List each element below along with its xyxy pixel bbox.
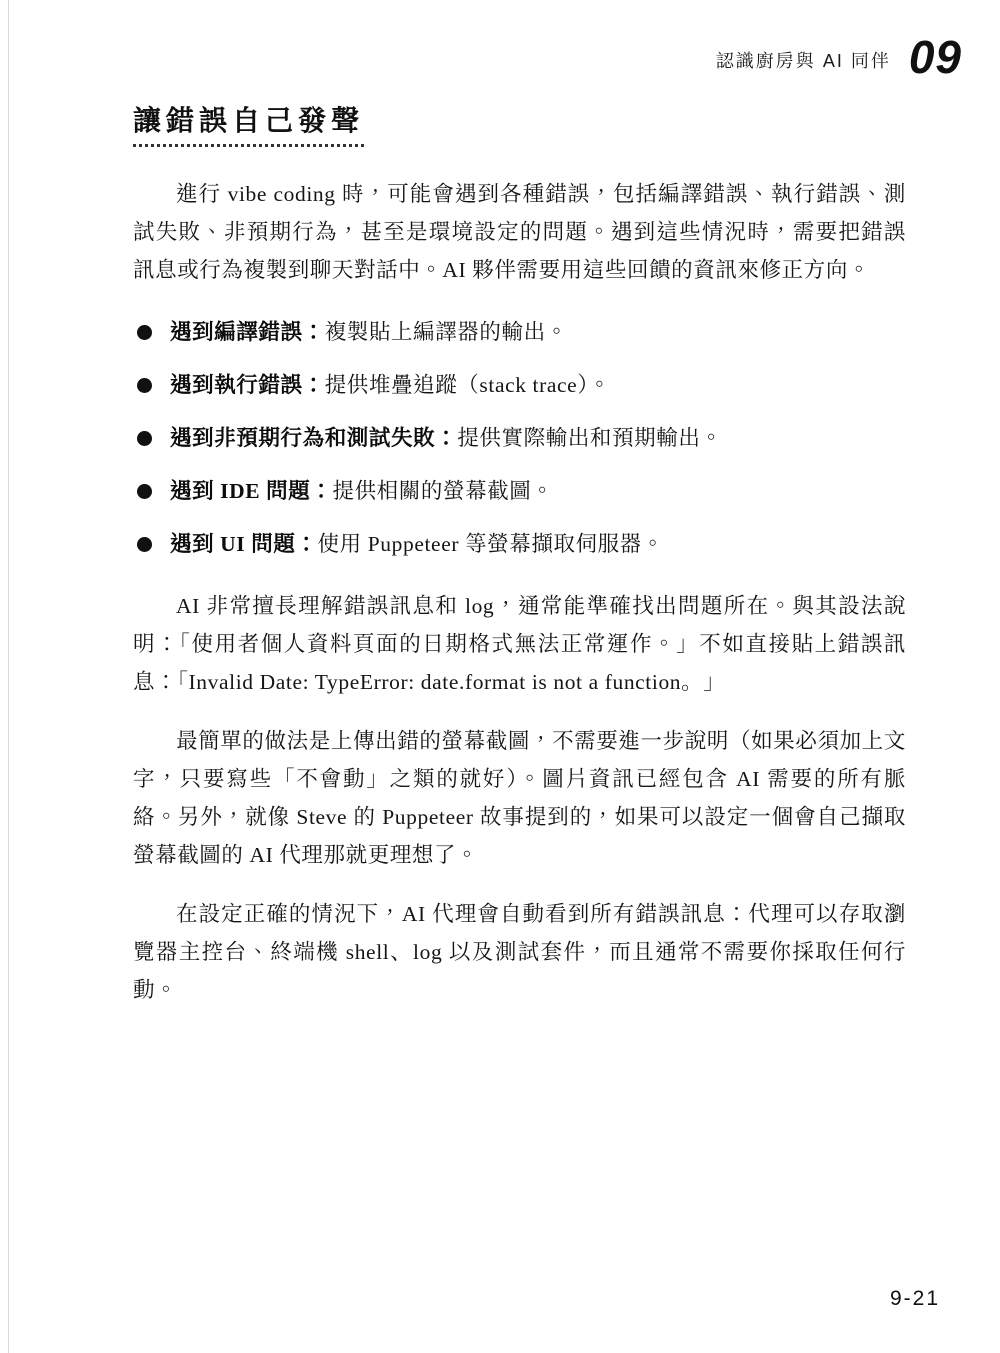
list-item: 遇到 IDE 問題：提供相關的螢幕截圖。 (133, 473, 906, 510)
chapter-number: 09 (909, 30, 962, 84)
list-item-desc: 提供堆疊追蹤（stack trace）。 (325, 373, 611, 397)
paragraph-agent-access: 在設定正確的情況下，AI 代理會自動看到所有錯誤訊息：代理可以存取瀏覽器主控台、… (133, 895, 906, 1009)
page-footer: 9-21 (890, 1287, 940, 1311)
bullet-icon (137, 484, 152, 499)
list-item-desc: 提供實際輸出和預期輸出。 (457, 426, 722, 450)
paragraph-error-messages: AI 非常擅長理解錯誤訊息和 log，通常能準確找出問題所在。與其設法說明：「使… (133, 587, 906, 701)
list-item-label: 遇到執行錯誤： (170, 373, 325, 397)
list-item-desc: 複製貼上編譯器的輸出。 (325, 320, 568, 344)
list-item-label: 遇到 IDE 問題： (170, 479, 332, 503)
list-item-label: 遇到編譯錯誤： (170, 320, 325, 344)
list-item-text: 遇到非預期行為和測試失敗：提供實際輸出和預期輸出。 (170, 420, 723, 457)
list-item: 遇到非預期行為和測試失敗：提供實際輸出和預期輸出。 (133, 420, 906, 457)
list-item-label: 遇到非預期行為和測試失敗： (170, 426, 457, 450)
book-page: 認識廚房與 AI 同伴 09 讓錯誤自己發聲 進行 vibe coding 時，… (0, 0, 1000, 1353)
list-item-text: 遇到 UI 問題：使用 Puppeteer 等螢幕擷取伺服器。 (170, 526, 664, 563)
page-header: 認識廚房與 AI 同伴 09 (716, 30, 962, 84)
bullet-icon (137, 325, 152, 340)
bullet-icon (137, 537, 152, 552)
paragraph-intro: 進行 vibe coding 時，可能會遇到各種錯誤，包括編譯錯誤、執行錯誤、測… (133, 175, 906, 289)
section-title-wrap: 讓錯誤自己發聲 (133, 106, 906, 147)
list-item-text: 遇到 IDE 問題：提供相關的螢幕截圖。 (170, 473, 554, 510)
section-title: 讓錯誤自己發聲 (133, 106, 364, 147)
bullet-icon (137, 378, 152, 393)
page-content: 讓錯誤自己發聲 進行 vibe coding 時，可能會遇到各種錯誤，包括編譯錯… (133, 106, 906, 1009)
list-item-text: 遇到執行錯誤：提供堆疊追蹤（stack trace）。 (170, 367, 611, 404)
chapter-title: 認識廚房與 AI 同伴 (716, 47, 891, 73)
list-item: 遇到 UI 問題：使用 Puppeteer 等螢幕擷取伺服器。 (133, 526, 906, 563)
list-item-label: 遇到 UI 問題： (170, 532, 318, 556)
error-types-list: 遇到編譯錯誤：複製貼上編譯器的輸出。 遇到執行錯誤：提供堆疊追蹤（stack t… (133, 314, 906, 563)
page-edge-line (8, 0, 9, 1353)
list-item-text: 遇到編譯錯誤：複製貼上編譯器的輸出。 (170, 314, 568, 351)
bullet-icon (137, 431, 152, 446)
list-item-desc: 提供相關的螢幕截圖。 (332, 479, 553, 503)
page-number: 9-21 (890, 1287, 940, 1310)
list-item-desc: 使用 Puppeteer 等螢幕擷取伺服器。 (318, 532, 664, 556)
list-item: 遇到編譯錯誤：複製貼上編譯器的輸出。 (133, 314, 906, 351)
list-item: 遇到執行錯誤：提供堆疊追蹤（stack trace）。 (133, 367, 906, 404)
paragraph-screenshots: 最簡單的做法是上傳出錯的螢幕截圖，不需要進一步說明（如果必須加上文字，只要寫些「… (133, 722, 906, 874)
